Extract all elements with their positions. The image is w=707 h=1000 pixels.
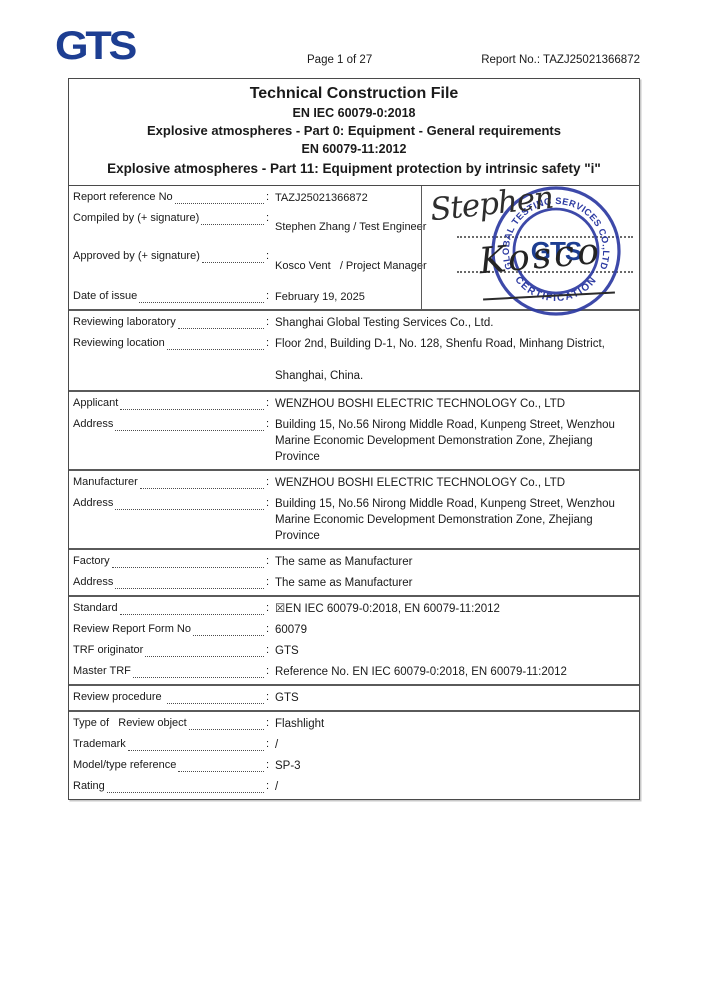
dot-leader bbox=[189, 729, 264, 730]
label-text: Review Report Form No bbox=[73, 623, 191, 638]
dot-leader bbox=[178, 328, 264, 329]
field-value: The same as Manufacturer bbox=[269, 572, 639, 593]
label-text: Address bbox=[73, 418, 113, 433]
dot-leader bbox=[128, 750, 264, 751]
field-value: / bbox=[269, 734, 639, 755]
dot-leader bbox=[120, 614, 264, 615]
dot-leader bbox=[202, 262, 264, 263]
dot-leader bbox=[201, 224, 264, 225]
label-text: Reviewing laboratory bbox=[73, 316, 176, 331]
field-value: GTS bbox=[269, 687, 639, 708]
field-row: TRF originator: GTS bbox=[69, 640, 639, 661]
section-reviewing: Reviewing laboratory: Shanghai Global Te… bbox=[69, 311, 639, 392]
field-value: Reference No. EN IEC 60079-0:2018, EN 60… bbox=[269, 661, 639, 682]
field-row: Master TRF: Reference No. EN IEC 60079-0… bbox=[69, 661, 639, 682]
standard-desc-2: Explosive atmospheres - Part 11: Equipme… bbox=[71, 158, 637, 180]
label-text: Review procedure bbox=[73, 691, 165, 706]
report-number: Report No.: TAZJ25021366872 bbox=[481, 54, 640, 66]
field-row: Address: Building 15, No.56 Nirong Middl… bbox=[69, 493, 639, 546]
dot-leader bbox=[167, 703, 264, 704]
field-row: Address: Building 15, No.56 Nirong Middl… bbox=[69, 414, 639, 467]
field-row: Manufacturer: WENZHOU BOSHI ELECTRIC TEC… bbox=[69, 472, 639, 493]
report-info-table: Report reference No: TAZJ25021366872 Com… bbox=[68, 185, 640, 800]
dot-leader bbox=[139, 302, 264, 303]
field-label: Address: bbox=[73, 576, 269, 591]
field-label: Applicant: bbox=[73, 397, 269, 412]
dot-leader bbox=[145, 656, 264, 657]
field-label: Manufacturer: bbox=[73, 476, 269, 491]
dot-leader bbox=[107, 792, 264, 793]
field-value: ☒EN IEC 60079-0:2018, EN 60079-11:2012 bbox=[269, 598, 639, 619]
label-text: Approved by (+ signature) bbox=[73, 250, 200, 265]
field-label: Model/type reference: bbox=[73, 759, 269, 774]
field-value: GTS bbox=[269, 640, 639, 661]
dot-leader bbox=[115, 509, 264, 510]
label-text: Standard bbox=[73, 602, 118, 617]
field-label: Approved by (+ signature): bbox=[73, 250, 269, 265]
standard-line-1: EN IEC 60079-0:2018 bbox=[71, 104, 637, 122]
document-page: GTS Page 1 of 27 Report No.: TAZJ2502136… bbox=[0, 0, 707, 1000]
field-value: 60079 bbox=[269, 619, 639, 640]
field-label: Review procedure : bbox=[73, 691, 269, 706]
field-label: Reviewing location: bbox=[73, 337, 269, 352]
label-text: Rating bbox=[73, 780, 105, 795]
field-value: The same as Manufacturer bbox=[269, 551, 639, 572]
dot-leader bbox=[115, 430, 264, 431]
dot-leader bbox=[115, 588, 264, 589]
section-factory: Factory: The same as Manufacturer Addres… bbox=[69, 550, 639, 597]
label-text: Type of Review object bbox=[73, 717, 187, 732]
gts-logo: GTS bbox=[55, 24, 134, 69]
dot-leader bbox=[167, 349, 264, 350]
field-label: Report reference No: bbox=[73, 191, 269, 206]
label-text: Factory bbox=[73, 555, 110, 570]
dot-leader bbox=[120, 409, 264, 410]
label-text: Master TRF bbox=[73, 665, 131, 680]
label-text: Applicant bbox=[73, 397, 118, 412]
dot-leader bbox=[112, 567, 264, 568]
field-label: Trademark: bbox=[73, 738, 269, 753]
field-value: Flashlight bbox=[269, 713, 639, 734]
field-row: Address: The same as Manufacturer bbox=[69, 572, 639, 593]
label-text: Trademark bbox=[73, 738, 126, 753]
field-row: Model/type reference: SP-3 bbox=[69, 755, 639, 776]
dot-leader bbox=[175, 203, 264, 204]
dot-leader bbox=[193, 635, 264, 636]
field-label: Type of Review object: bbox=[73, 717, 269, 732]
field-label: Standard: bbox=[73, 602, 269, 617]
dot-leader bbox=[133, 677, 264, 678]
page-indicator: Page 1 of 27 bbox=[307, 54, 372, 66]
field-value: WENZHOU BOSHI ELECTRIC TECHNOLOGY Co., L… bbox=[269, 472, 639, 493]
label-text: Manufacturer bbox=[73, 476, 138, 491]
field-label: Rating: bbox=[73, 780, 269, 795]
section-standard: Standard: ☒EN IEC 60079-0:2018, EN 60079… bbox=[69, 597, 639, 686]
field-row: Review Report Form No: 60079 bbox=[69, 619, 639, 640]
section-manufacturer: Manufacturer: WENZHOU BOSHI ELECTRIC TEC… bbox=[69, 471, 639, 550]
field-label: Address: bbox=[73, 418, 269, 433]
field-label: Review Report Form No: bbox=[73, 623, 269, 638]
field-value: February 19, 2025 bbox=[269, 286, 639, 307]
label-text: Reviewing location bbox=[73, 337, 165, 352]
field-label: Date of issue: bbox=[73, 290, 269, 305]
standard-line-2: EN 60079-11:2012 bbox=[71, 140, 637, 158]
field-row: Reviewing laboratory: Shanghai Global Te… bbox=[69, 312, 639, 333]
section-applicant: Applicant: WENZHOU BOSHI ELECTRIC TECHNO… bbox=[69, 392, 639, 471]
section-review-object: Type of Review object: Flashlight Tradem… bbox=[69, 712, 639, 799]
field-label: Compiled by (+ signature): bbox=[73, 212, 269, 227]
field-label: TRF originator: bbox=[73, 644, 269, 659]
field-value: Floor 2nd, Building D-1, No. 128, Shenfu… bbox=[269, 333, 639, 388]
title-block: Technical Construction File EN IEC 60079… bbox=[68, 78, 640, 186]
field-row: Type of Review object: Flashlight bbox=[69, 713, 639, 734]
field-row: Standard: ☒EN IEC 60079-0:2018, EN 60079… bbox=[69, 598, 639, 619]
label-text: Date of issue bbox=[73, 290, 137, 305]
label-text: Address bbox=[73, 497, 113, 512]
label-text: Address bbox=[73, 576, 113, 591]
standard-desc-1: Explosive atmospheres - Part 0: Equipmen… bbox=[71, 122, 637, 140]
field-row: Rating: / bbox=[69, 776, 639, 797]
field-row: Reviewing location: Floor 2nd, Building … bbox=[69, 333, 639, 388]
section-review-procedure: Review procedure : GTS bbox=[69, 686, 639, 712]
label-text: Model/type reference bbox=[73, 759, 176, 774]
label-text: Compiled by (+ signature) bbox=[73, 212, 199, 227]
field-row: Applicant: WENZHOU BOSHI ELECTRIC TECHNO… bbox=[69, 393, 639, 414]
dot-leader bbox=[140, 488, 264, 489]
field-value: Shanghai Global Testing Services Co., Lt… bbox=[269, 312, 639, 333]
field-row: Trademark: / bbox=[69, 734, 639, 755]
field-value: Building 15, No.56 Nirong Middle Road, K… bbox=[269, 493, 639, 546]
dot-leader bbox=[178, 771, 264, 772]
field-row: Review procedure : GTS bbox=[69, 687, 639, 708]
field-label: Reviewing laboratory: bbox=[73, 316, 269, 331]
signature-column-divider bbox=[421, 186, 422, 309]
label-text: Report reference No bbox=[73, 191, 173, 206]
field-value: WENZHOU BOSHI ELECTRIC TECHNOLOGY Co., L… bbox=[269, 393, 639, 414]
field-label: Address: bbox=[73, 497, 269, 512]
field-label: Master TRF: bbox=[73, 665, 269, 680]
field-value: Building 15, No.56 Nirong Middle Road, K… bbox=[269, 414, 639, 467]
field-value: / bbox=[269, 776, 639, 797]
field-row: Factory: The same as Manufacturer bbox=[69, 551, 639, 572]
field-label: Factory: bbox=[73, 555, 269, 570]
label-text: TRF originator bbox=[73, 644, 143, 659]
document-title: Technical Construction File bbox=[71, 83, 637, 104]
field-value: SP-3 bbox=[269, 755, 639, 776]
